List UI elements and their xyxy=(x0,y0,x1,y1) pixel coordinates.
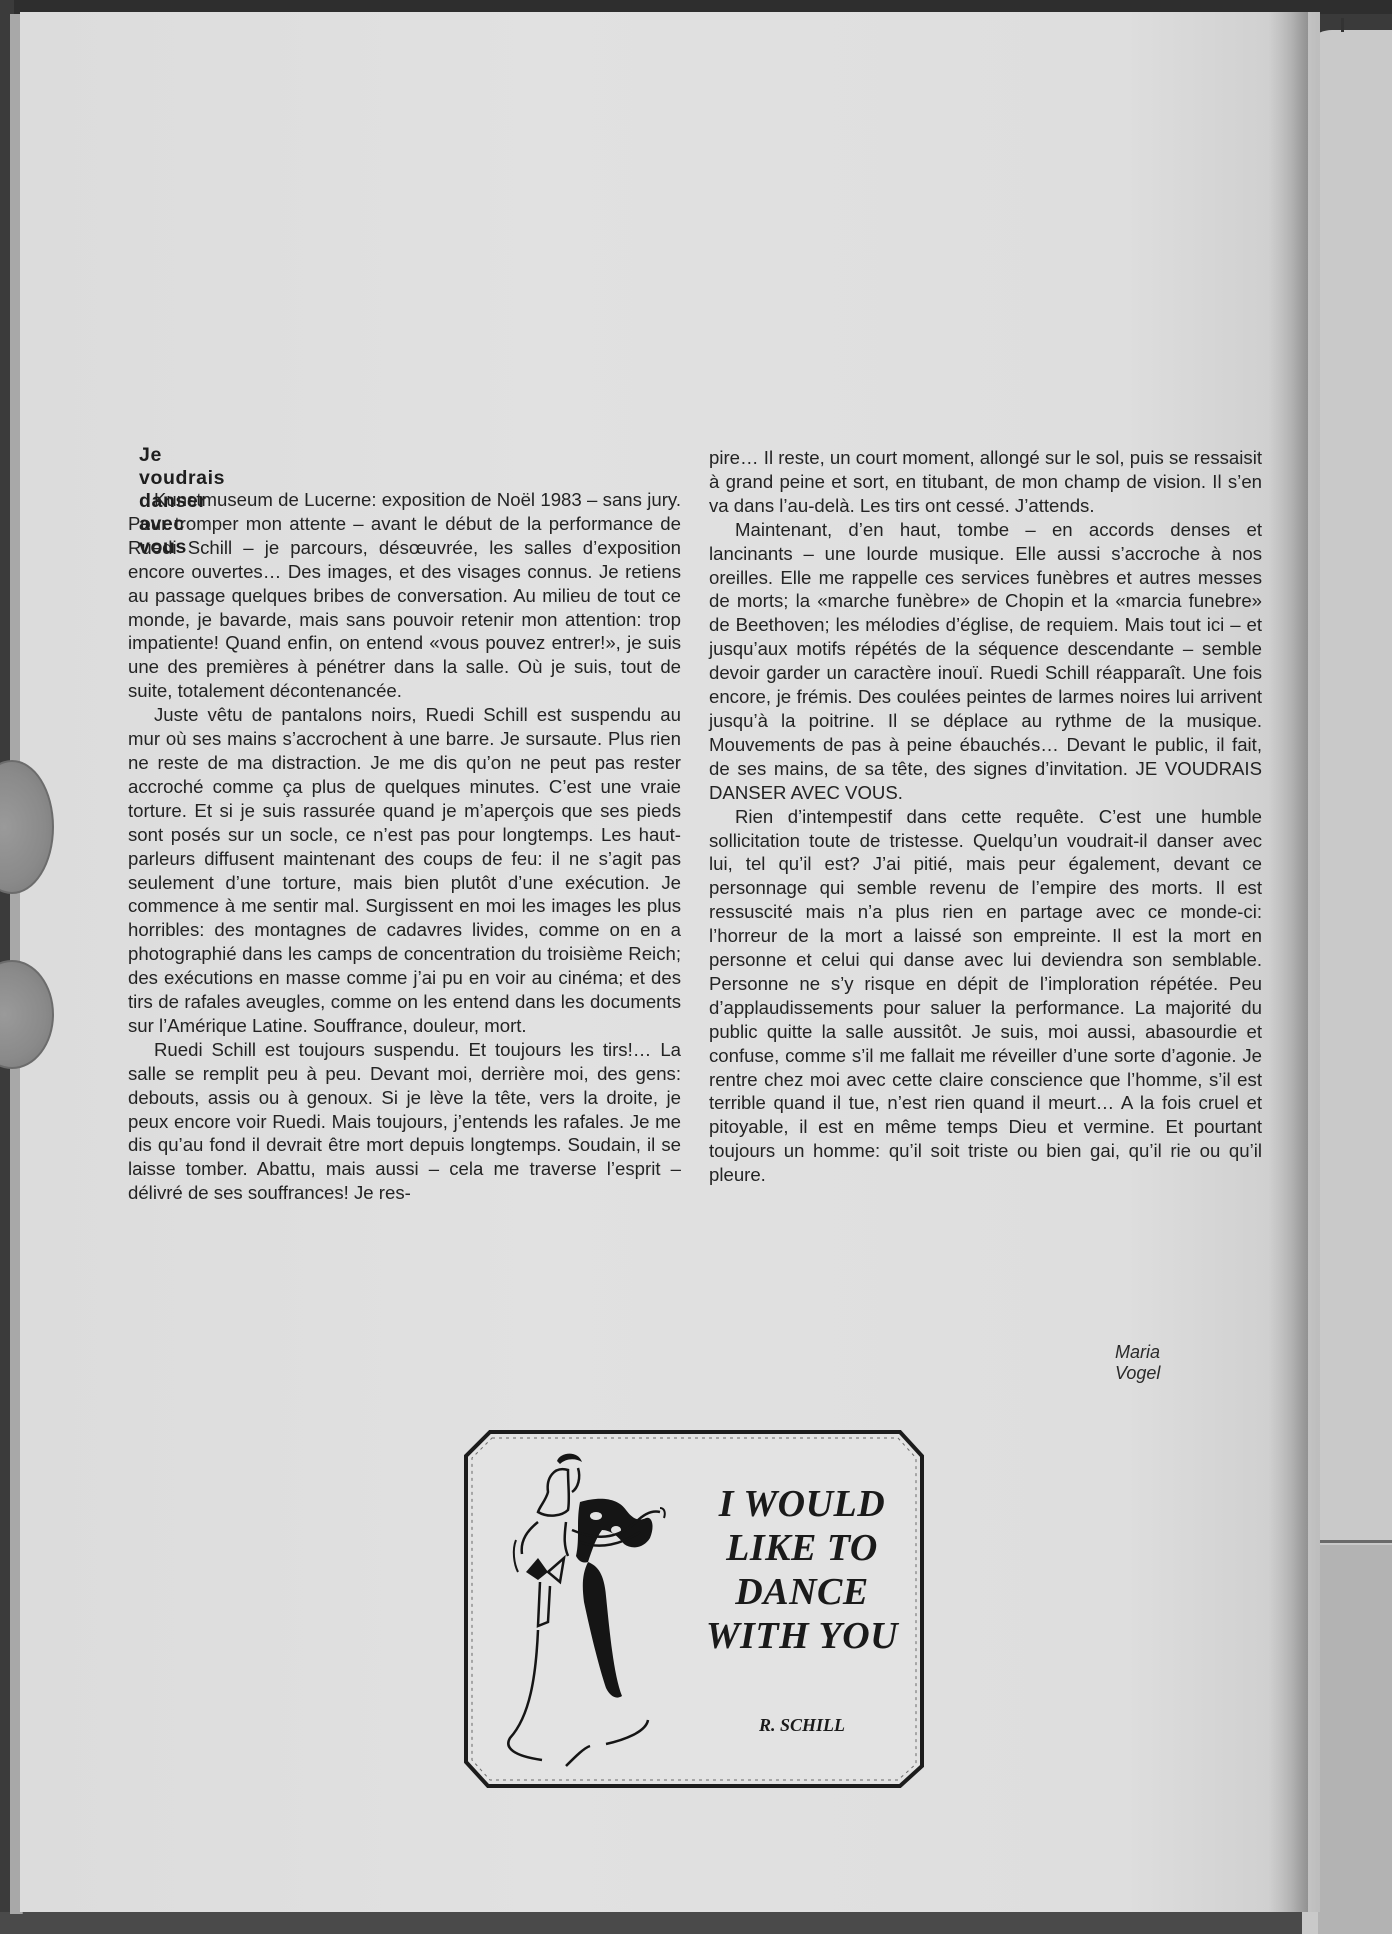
paragraph: Kunstmuseum de Lucerne: exposition de No… xyxy=(128,488,681,703)
paragraph: pire… Il reste, un court moment, allongé… xyxy=(709,446,1262,518)
table-surface-bottom xyxy=(0,1912,1392,1934)
page-mark xyxy=(1341,18,1344,32)
poster-credit: R. SCHILL xyxy=(682,1715,922,1736)
poster-title-line: LIKE TO xyxy=(682,1526,922,1570)
poster-title-line: WITH YOU xyxy=(682,1614,922,1658)
paragraph: Ruedi Schill est toujours suspendu. Et t… xyxy=(128,1038,681,1205)
paragraph: Rien d’intempestif dans cette requête. C… xyxy=(709,805,1262,1188)
paragraph: Maintenant, d’en haut, tombe – en accord… xyxy=(709,518,1262,805)
poster-box: I WOULD LIKE TO DANCE WITH YOU R. SCHILL xyxy=(460,1426,928,1790)
poster-title: I WOULD LIKE TO DANCE WITH YOU xyxy=(682,1482,922,1658)
right-column: pire… Il reste, un court moment, allongé… xyxy=(709,446,1262,1187)
author-signature: Maria Vogel xyxy=(1115,1342,1160,1384)
next-page-lower-insert xyxy=(1318,1545,1392,1934)
next-page-fold-line xyxy=(1318,1540,1392,1543)
left-column: Kunstmuseum de Lucerne: exposition de No… xyxy=(128,488,681,1205)
dancing-couple-icon xyxy=(460,1426,680,1790)
paragraph: Juste vêtu de pantalons noirs, Ruedi Sch… xyxy=(128,703,681,1038)
poster-title-line: DANCE xyxy=(682,1570,922,1614)
gutter-shadow xyxy=(1268,12,1308,1912)
poster-title-line: I WOULD xyxy=(682,1482,922,1526)
